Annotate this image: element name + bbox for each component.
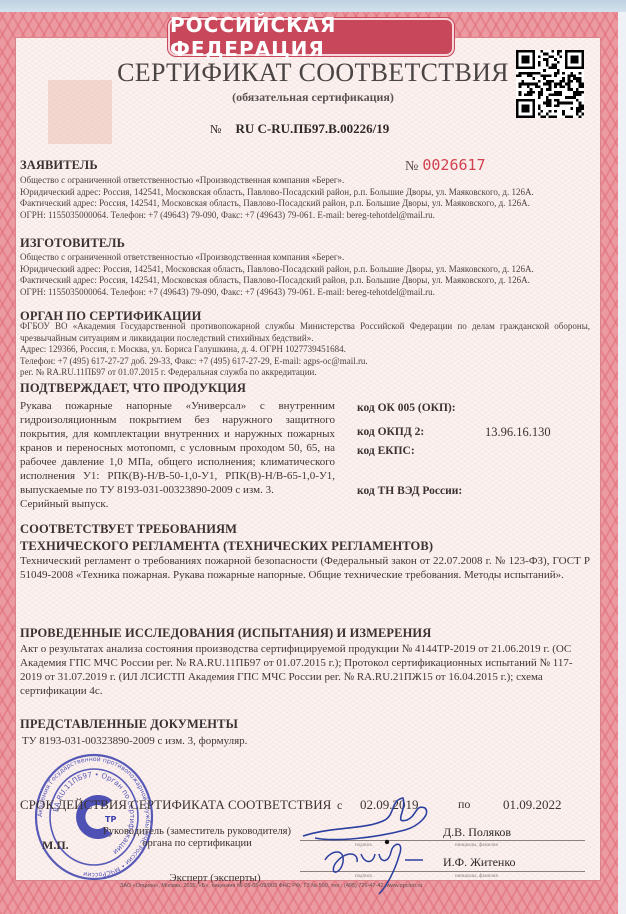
code-ekps-label: код ЕКПС:: [357, 445, 415, 457]
validity-to-date: 01.09.2022: [503, 797, 562, 813]
expert-name: И.Ф. Житенко: [443, 855, 516, 870]
compliance-heading-1: СООТВЕТСТВУЕТ ТРЕБОВАНИЯМ: [20, 522, 590, 537]
documents-heading: ПРЕДСТАВЛЕННЫЕ ДОКУМЕНТЫ: [20, 717, 590, 732]
svg-text:ТР: ТР: [105, 815, 116, 824]
compliance-text: Технический регламент о требованиях пожа…: [20, 554, 590, 582]
code-okpd2-value: 13.96.16.130: [485, 425, 551, 440]
compliance-section: СООТВЕТСТВУЕТ ТРЕБОВАНИЯМ ТЕХНИЧЕСКОГО Р…: [20, 522, 590, 582]
certification-body-section: ОРГАН ПО СЕРТИФИКАЦИИ ФГБОУ ВО «Академия…: [20, 309, 590, 379]
validity-line: СРОК ДЕЙСТВИЯ СЕРТИФИКАТА СООТВЕТСТВИЯ: [20, 797, 331, 813]
printer-imprint: ЗАО «Опцион», Москва, 2015, «Б», лицензи…: [120, 883, 422, 889]
code-okpd2-label: код ОКПД 2:: [357, 426, 424, 438]
manufacturer-details: Общество с ограниченной ответственностью…: [20, 252, 590, 298]
manufacturer-section: ИЗГОТОВИТЕЛЬ Общество с ограниченной отв…: [20, 236, 590, 298]
manufacturer-heading: ИЗГОТОВИТЕЛЬ: [20, 236, 590, 251]
tests-text: Акт о результатах анализа состояния прои…: [20, 642, 590, 698]
applicant-section: ЗАЯВИТЕЛЬ Общество с ограниченной ответс…: [20, 158, 590, 221]
documents-section: ПРЕДСТАВЛЕННЫЕ ДОКУМЕНТЫ ТУ 8193-031-003…: [20, 717, 590, 748]
applicant-details: Общество с ограниченной ответственностью…: [20, 175, 590, 221]
viewer-right-edge: [618, 12, 626, 914]
head-name: Д.В. Поляков: [443, 825, 511, 840]
tests-heading: ПРОВЕДЕННЫЕ ИССЛЕДОВАНИЯ (ИСПЫТАНИЯ) И И…: [20, 626, 590, 641]
head-label-2: органа по сертификации: [92, 838, 302, 849]
expert-name-caption: инициалы, фамилия: [455, 874, 498, 879]
official-seal: Академия Государственной противопожарной…: [34, 752, 154, 882]
product-section: ПОДТВЕРЖДАЕТ, ЧТО ПРОДУКЦИЯ Рукава пожар…: [20, 381, 335, 511]
code-tnved-label: код ТН ВЭД России:: [357, 485, 462, 497]
compliance-heading-2: ТЕХНИЧЕСКОГО РЕГЛАМЕНТА (ТЕХНИЧЕСКИХ РЕГ…: [20, 539, 590, 554]
country-banner: РОССИЙСКАЯ ФЕДЕРАЦИЯ: [170, 20, 452, 54]
certificate-number-value: RU C-RU.ПБ97.В.00226/19: [235, 121, 389, 136]
code-okp-label: код ОК 005 (ОКП):: [357, 402, 456, 414]
validity-to-label: по: [458, 797, 470, 812]
serial-release: Серийный выпуск.: [20, 497, 335, 511]
product-heading: ПОДТВЕРЖДАЕТ, ЧТО ПРОДУКЦИЯ: [20, 381, 335, 396]
seal-place-label: М.П.: [42, 838, 69, 853]
tests-section: ПРОВЕДЕННЫЕ ИССЛЕДОВАНИЯ (ИСПЫТАНИЯ) И И…: [20, 626, 590, 698]
applicant-heading: ЗАЯВИТЕЛЬ: [20, 158, 590, 173]
documents-text: ТУ 8193-031-00323890-2009 с изм. 3, форм…: [20, 734, 590, 748]
number-sign: №: [210, 122, 221, 136]
head-label-1: Руководитель (заместитель руководителя): [92, 826, 302, 837]
certification-body-details: ФГБОУ ВО «Академия Государственной проти…: [20, 321, 590, 379]
validity-label: СРОК ДЕЙСТВИЯ СЕРТИФИКАТА СООТВЕТСТВИЯ: [20, 797, 331, 812]
viewer-top-bar: [0, 0, 626, 12]
certificate-number: №RU C-RU.ПБ97.В.00226/19: [210, 121, 389, 137]
head-name-caption: инициалы, фамилия: [455, 843, 498, 848]
product-description: Рукава пожарные напорные «Универсал» с в…: [20, 399, 335, 497]
qr-code-icon: [516, 50, 584, 118]
